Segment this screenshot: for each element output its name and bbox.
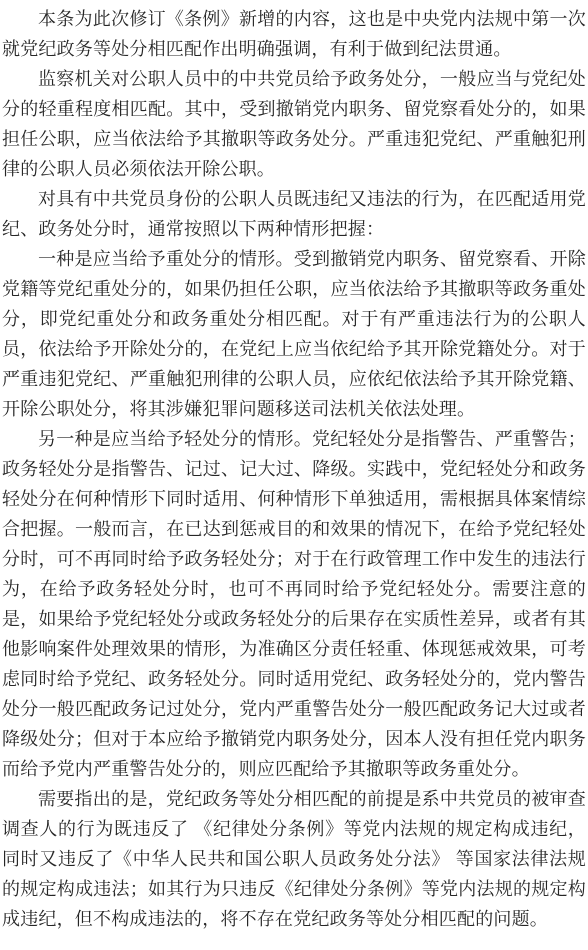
paragraph-light-sanction: 另一种是应当给予轻处分的情形。党纪轻处分是指警告、严重警告；政务轻处分是指警告、… (2, 424, 586, 784)
paragraph-intro: 本条为此次修订《条例》新增的内容，这也是中央党内法规中第一次就党纪政务等处分相匹… (2, 4, 586, 64)
paragraph-two-situations-lead: 对具有中共党员身份的公职人员既违纪又违法的行为，在匹配适用党纪、政务处分时，通常… (2, 184, 586, 244)
document-page: 本条为此次修订《条例》新增的内容，这也是中央党内法规中第一次就党纪政务等处分相匹… (0, 0, 588, 950)
paragraph-premise-note: 需要指出的是，党纪政务等处分相匹配的前提是系中共党员的被审查调查人的行为既违反了… (2, 784, 586, 934)
paragraph-heavy-sanction: 一种是应当给予重处分的情形。受到撤销党内职务、留党察看、开除党籍等党纪重处分的，… (2, 244, 586, 424)
paragraph-supervision-organ: 监察机关对公职人员中的中共党员给予政务处分，一般应当与党纪处分的轻重程度相匹配。… (2, 64, 586, 184)
